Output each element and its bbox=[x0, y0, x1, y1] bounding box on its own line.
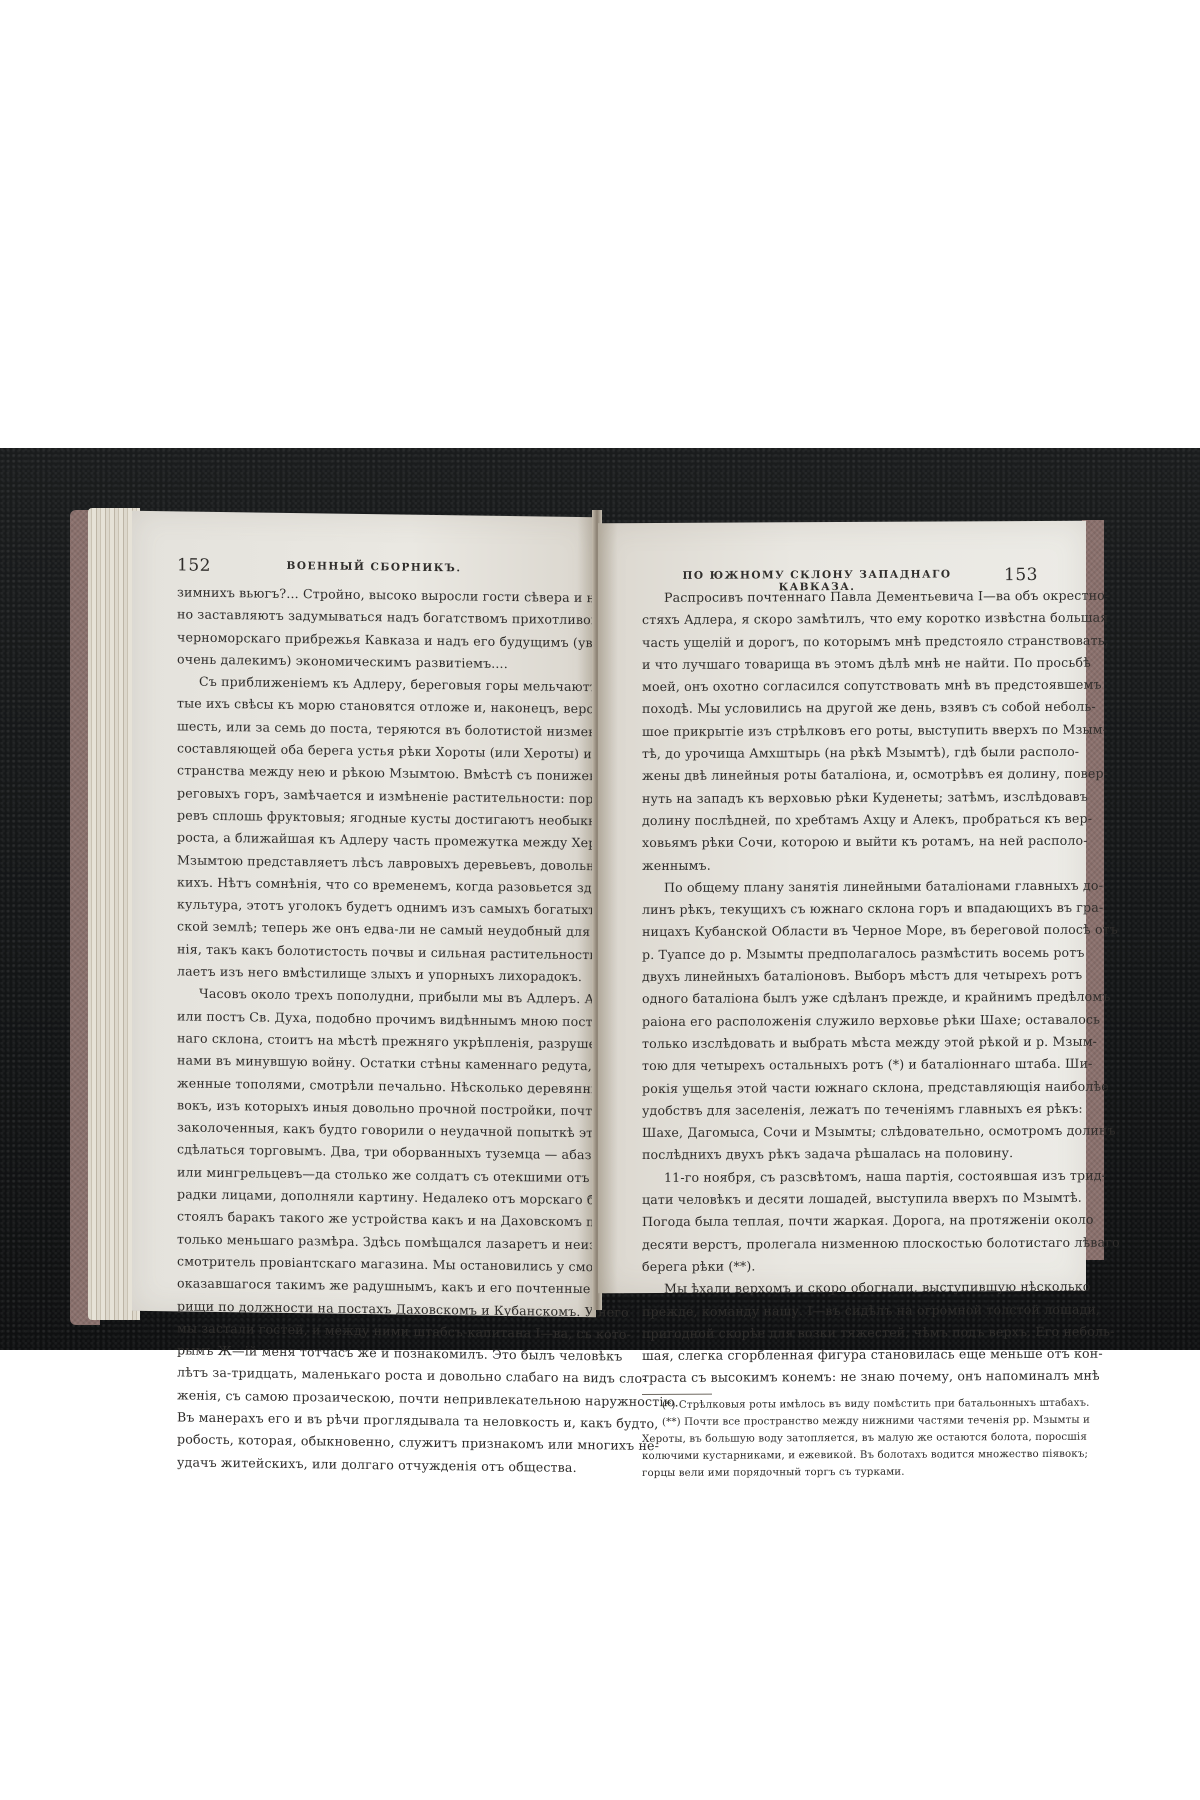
text-line: ницахъ Кубанской Области въ Черное Море,… bbox=[642, 919, 1064, 944]
text-line: долину послѣдней, по хребтамъ Ахцу и Але… bbox=[642, 808, 1064, 833]
text-line: нуть на западъ къ верховью рѣки Куденеты… bbox=[642, 786, 1064, 811]
text-line: цати человѣкъ и десяти лошадей, выступил… bbox=[642, 1187, 1064, 1212]
right-page-body: Распросивъ почтеннаго Павла Дементьевича… bbox=[642, 585, 1064, 1482]
text-line: р. Туапсе до р. Мзымты предполагалось ра… bbox=[642, 942, 1064, 967]
text-line: шое прикрытіе изъ стрѣлковъ его роты, вы… bbox=[642, 719, 1064, 744]
text-line: только изслѣдовать и выбрать мѣста между… bbox=[642, 1031, 1064, 1056]
right-page: ПО ЮЖНОМУ СКЛОНУ ЗАПАДНАГО КАВКАЗА. 153 … bbox=[598, 521, 1086, 1294]
footnotes: (*) Стрѣлковыя роты имѣлось въ виду помѣ… bbox=[642, 1395, 1064, 1482]
text-line: (*) Стрѣлковыя роты имѣлось въ виду помѣ… bbox=[642, 1395, 1064, 1414]
text-line: Хероты, въ большую воду затопляется, въ … bbox=[642, 1429, 1064, 1448]
text-line: колючими кустарниками, и ежевикой. Въ бо… bbox=[642, 1446, 1064, 1465]
left-page-body: зимнихъ вьюгъ?... Стройно, высоко выросл… bbox=[177, 581, 581, 1479]
text-line: ховьямъ рѣки Сочи, которою и выйти къ ро… bbox=[642, 830, 1064, 855]
text-line: и что лучшаго товарища въ этомъ дѣлѣ мнѣ… bbox=[642, 652, 1064, 677]
text-line: десяти верстъ, пролегала низменною плоск… bbox=[642, 1231, 1064, 1256]
text-line: удобствъ для заселенія, лежатъ по течені… bbox=[642, 1098, 1064, 1123]
text-line: часть ущелій и дорогъ, по которымъ мнѣ п… bbox=[642, 629, 1064, 654]
text-line: траста съ высокимъ конемъ: не знаю почем… bbox=[642, 1365, 1064, 1390]
text-line: Шахе, Дагомыса, Сочи и Мзымты; слѣдовате… bbox=[642, 1120, 1064, 1145]
left-page: 152 ВОЕННЫЙ СБОРНИКЪ. зимнихъ вьюгъ?... … bbox=[132, 511, 596, 1317]
text-line: линъ рѣкъ, текущихъ съ южнаго склона гор… bbox=[642, 897, 1064, 922]
text-line: женнымъ. bbox=[642, 852, 1064, 877]
text-line: горцы вели ими порядочный торгъ съ турка… bbox=[642, 1463, 1064, 1482]
text-line: Распросивъ почтеннаго Павла Дементьевича… bbox=[642, 585, 1064, 610]
text-line: шая, слегка сгорбленная фигура становила… bbox=[642, 1343, 1064, 1368]
text-line: двухъ линейныхъ баталіоновъ. Выборъ мѣст… bbox=[642, 964, 1064, 989]
text-line: тѣ, до урочища Амхштырь (на рѣкѣ Мзымтѣ)… bbox=[642, 741, 1064, 766]
text-line: Погода была теплая, почти жаркая. Дорога… bbox=[642, 1209, 1064, 1234]
text-line: 11-го ноября, съ разсвѣтомъ, наша партія… bbox=[642, 1165, 1064, 1190]
text-line: Мы ѣхали верхомъ и скоро обогнали, высту… bbox=[642, 1276, 1064, 1301]
text-line: (**) Почти все пространство между нижним… bbox=[642, 1412, 1064, 1431]
text-line: По общему плану занятія линейными баталі… bbox=[642, 875, 1064, 900]
text-line: раіона его расположенія служило верховье… bbox=[642, 1008, 1064, 1033]
text-line: походѣ. Мы условились на другой же день,… bbox=[642, 696, 1064, 721]
text-line: жены двѣ линейныя роты баталіона, и, осм… bbox=[642, 763, 1064, 788]
text-line: берега рѣки (**). bbox=[642, 1254, 1064, 1279]
footnote-divider bbox=[642, 1393, 712, 1394]
text-line: одного баталіона былъ уже сдѣланъ прежде… bbox=[642, 986, 1064, 1011]
text-line: рокія ущелья этой части южнаго склона, п… bbox=[642, 1075, 1064, 1100]
text-line: послѣднихъ двухъ рѣкъ задача рѣшалась на… bbox=[642, 1142, 1064, 1167]
text-line: прежде, команду нашу. І—въ сидѣлъ на огр… bbox=[642, 1298, 1064, 1323]
text-line: моей, онъ охотно согласился сопутствоват… bbox=[642, 674, 1064, 699]
text-line: стяхъ Адлера, я скоро замѣтилъ, что ему … bbox=[642, 607, 1064, 632]
page-number: 153 bbox=[1004, 565, 1038, 585]
text-line: тою для четырехъ остальныхъ ротъ (*) и б… bbox=[642, 1053, 1064, 1078]
text-line: пригодной скорѣе для возки тяжестей, чѣм… bbox=[642, 1321, 1064, 1346]
